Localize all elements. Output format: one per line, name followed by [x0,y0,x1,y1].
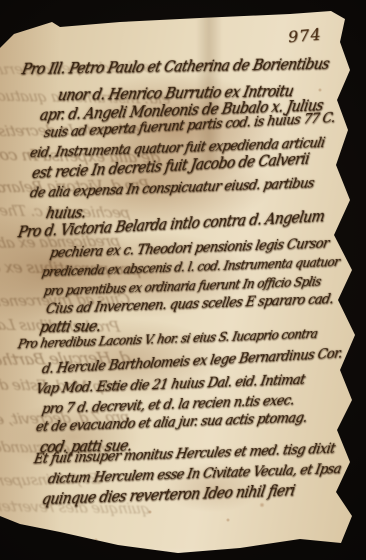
ink-line: huius. [44,205,87,223]
manuscript-page: suis ad experta fuerunt partis cod. is h… [0,0,366,560]
page-number: 974 [287,25,322,47]
ink-line: Pro Ill. Petro Paulo et Catherina de Bor… [20,56,330,79]
photo-frame: suis ad experta fuerunt partis cod. is h… [0,0,366,560]
handwritten-text-layer: 974 Pro Ill. Petro Paulo et Catherina de… [0,0,366,560]
